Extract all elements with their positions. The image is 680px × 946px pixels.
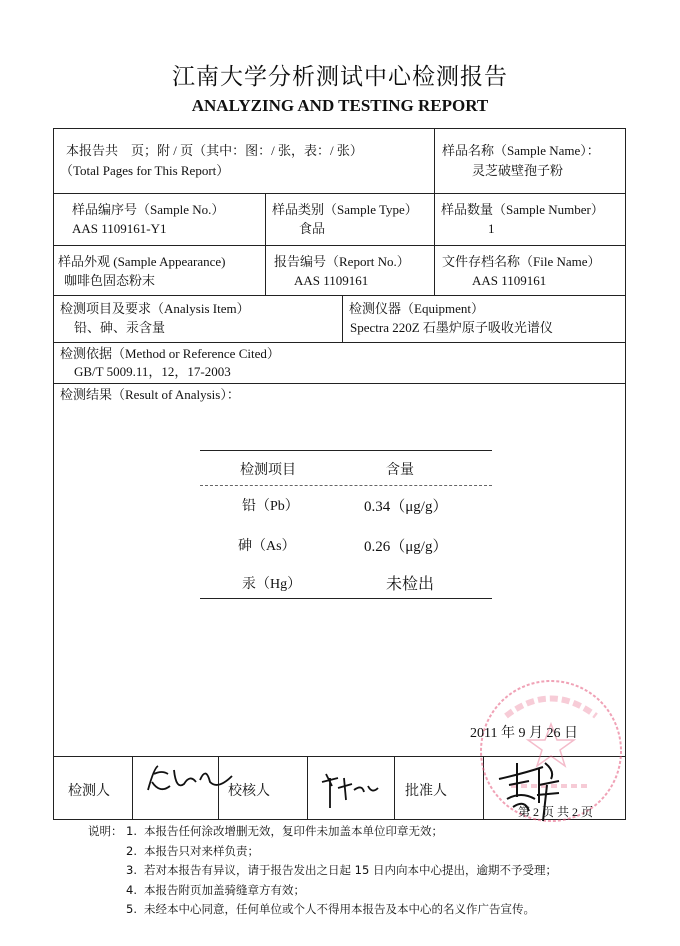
table-rule-mid [200,485,492,486]
analysis-item-label: 检测项目及要求（Analysis Item） [60,299,250,319]
approver-label: 批准人 [405,780,447,800]
divider [342,295,343,342]
sample-name-label: 样品名称（Sample Name）： [442,141,600,161]
sample-number-value: 1 [488,219,495,239]
report-no-label: 报告编号（Report No.） [274,252,410,272]
note-item: 4.本报告附页加盖骑缝章方有效； [126,881,557,901]
note-item: 5.未经本中心同意，任何单位或个人不得用本报告及本中心的名义作广告宣传。 [126,900,557,920]
divider [53,342,626,343]
tester-signature-icon [140,760,240,800]
file-name-value: AAS 1109161 [472,271,546,291]
divider [434,128,435,295]
divider [265,193,266,295]
divider [132,756,133,820]
sample-number-label: 样品数量（Sample Number） [441,200,604,220]
reviewer-label: 校核人 [228,780,270,800]
sample-no-label: 样品编序号（Sample No.） [72,200,224,220]
sample-type-label: 样品类别（Sample Type） [272,200,418,220]
method-value: GB/T 5009.11，12，17-2003 [74,362,231,382]
reviewer-signature-icon [318,760,388,810]
sample-no-value: AAS 1109161-Y1 [72,219,167,239]
sample-name-value: 灵芝破壁孢子粉 [472,161,563,181]
equipment-label: 检测仪器（Equipment） [349,299,484,319]
report-title-en: ANALYZING AND TESTING REPORT [0,96,680,116]
report-title-cn: 江南大学分析测试中心检测报告 [0,58,680,91]
total-pages-line2: （Total Pages for This Report） [60,161,229,181]
note-item: 3.若对本报告有异议，请于报告发出之日起 15 日内向本中心提出，逾期不予受理； [126,861,557,881]
results-header-item: 检测项目 [240,459,296,479]
file-name-label: 文件存档名称（File Name） [442,252,601,272]
sample-appearance-label: 样品外观 (Sample Appearance) [58,252,226,272]
results-row-pb-value: 0.34（μg/g） [364,495,447,516]
divider [53,193,626,194]
sample-appearance-value: 咖啡色固态粉末 [64,271,155,291]
equipment-value: Spectra 220Z 石墨炉原子吸收光谱仪 [350,318,553,338]
divider [307,756,308,820]
divider [394,756,395,820]
total-pages-line1: 本报告共 页；附 / 页（其中：图：/ 张，表：/ 张） [66,141,363,161]
table-rule-bottom [200,598,492,599]
note-item: 2.本报告只对来样负责； [126,842,557,862]
report-no-value: AAS 1109161 [294,271,368,291]
tester-label: 检测人 [68,780,110,800]
notes-section: 说明： 1.本报告任何涂改增删无效，复印件未加盖本单位印章无效； 2.本报告只对… [88,822,557,920]
page-indicator: 第 2 页 共 2 页 [518,803,593,820]
sample-type-value: 食品 [299,219,325,239]
method-label: 检测依据（Method or Reference Cited） [60,344,280,364]
result-label: 检测结果（Result of Analysis）： [60,385,240,405]
results-header-content: 含量 [386,459,414,479]
results-row-as-item: 砷（As） [238,535,296,555]
note-item: 1.本报告任何涂改增删无效，复印件未加盖本单位印章无效； [126,822,557,842]
table-rule-top [200,450,492,451]
results-row-as-value: 0.26（μg/g） [364,535,447,556]
divider [53,245,626,246]
results-row-pb-item: 铅（Pb） [242,495,299,515]
divider [53,383,626,384]
analysis-item-value: 铅、砷、汞含量 [74,318,165,338]
report-date: 2011 年 9 月 26 日 [470,722,578,742]
divider [53,295,626,296]
notes-label: 说明： [88,822,123,842]
results-row-hg-value: 未检出 [386,571,434,594]
results-row-hg-item: 汞（Hg） [242,573,301,593]
